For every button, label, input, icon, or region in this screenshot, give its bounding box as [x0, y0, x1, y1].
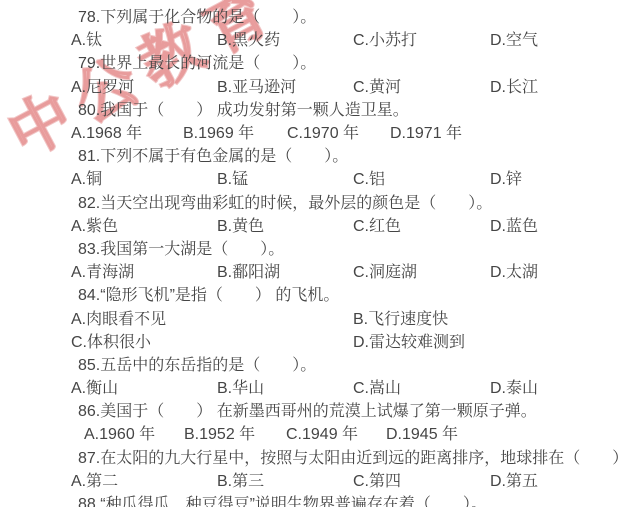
question-row: 81.下列不属于有色金属的是（ ）。 [0, 143, 619, 166]
option-label: D.雷达较难测到 [353, 329, 465, 352]
option-label: D.泰山 [490, 375, 538, 398]
options-row: A.铜B.锰C.铝D.锌 [0, 166, 619, 189]
option-label: B.亚马逊河 [217, 74, 353, 97]
question-stem: 86.美国于（ ） 在新墨西哥州的荒漠上试爆了第一颗原子弹。 [78, 398, 537, 421]
options-row: C.体积很小D.雷达较难测到 [0, 329, 619, 352]
question-list: 78.下列属于化合物的是（ ）。A.钛B.黑火药C.小苏打D.空气79.世界上最… [0, 4, 619, 507]
option-label: C.小苏打 [353, 27, 490, 50]
option-label: C.1970 年 [287, 120, 390, 143]
question-stem: 84.“隐形飞机”是指（ ） 的飞机。 [78, 282, 339, 305]
question-stem: 81.下列不属于有色金属的是（ ）。 [78, 143, 348, 166]
option-label: A.青海湖 [71, 259, 217, 282]
options-row: A.尼罗河B.亚马逊河C.黄河D.长江 [0, 74, 619, 97]
option-label: A.1968 年 [71, 120, 183, 143]
question-row: 88.“种瓜得瓜，种豆得豆”说明生物界普遍存在着（ ）。 [0, 491, 619, 507]
option-label: A.钛 [71, 27, 217, 50]
option-label: D.1971 年 [390, 120, 462, 143]
question-stem: 82.当天空出现弯曲彩虹的时候，最外层的颜色是（ ）。 [78, 190, 492, 213]
option-label: C.红色 [353, 213, 490, 236]
question-stem: 85.五岳中的东岳指的是（ ）。 [78, 352, 316, 375]
option-label: D.1945 年 [386, 421, 458, 444]
option-label: D.长江 [490, 74, 538, 97]
option-label: B.1952 年 [184, 421, 286, 444]
question-row: 83.我国第一大湖是（ ）。 [0, 236, 619, 259]
option-label: B.黄色 [217, 213, 353, 236]
question-row: 85.五岳中的东岳指的是（ ）。 [0, 352, 619, 375]
options-row: A.衡山B.华山C.嵩山D.泰山 [0, 375, 619, 398]
option-label: C.洞庭湖 [353, 259, 490, 282]
question-row: 86.美国于（ ） 在新墨西哥州的荒漠上试爆了第一颗原子弹。 [0, 398, 619, 421]
question-row: 80.我国于（ ） 成功发射第一颗人造卫星。 [0, 97, 619, 120]
options-row: A.钛B.黑火药C.小苏打D.空气 [0, 27, 619, 50]
option-label: C.铝 [353, 166, 490, 189]
options-row: A.第二B.第三C.第四D.第五 [0, 468, 619, 491]
question-stem: 79.世界上最长的河流是（ ）。 [78, 50, 316, 73]
question-row: 79.世界上最长的河流是（ ）。 [0, 50, 619, 73]
option-label: B.飞行速度快 [353, 306, 448, 329]
option-label: B.华山 [217, 375, 353, 398]
document-page: 中公教育 78.下列属于化合物的是（ ）。A.钛B.黑火药C.小苏打D.空气79… [0, 0, 619, 507]
option-label: B.黑火药 [217, 27, 353, 50]
options-row: A.肉眼看不见B.飞行速度快 [0, 305, 619, 328]
option-label: D.锌 [490, 166, 522, 189]
options-row: A.1968 年B.1969 年C.1970 年D.1971 年 [0, 120, 619, 143]
option-label: C.第四 [353, 468, 490, 491]
option-label: B.1969 年 [183, 120, 287, 143]
option-label: D.第五 [490, 468, 538, 491]
question-stem: 83.我国第一大湖是（ ）。 [78, 236, 284, 259]
options-row: A.紫色B.黄色C.红色D.蓝色 [0, 213, 619, 236]
option-label: A.衡山 [71, 375, 217, 398]
question-row: 78.下列属于化合物的是（ ）。 [0, 4, 619, 27]
options-row: A.1960 年B.1952 年C.1949 年D.1945 年 [0, 421, 619, 444]
question-stem: 88.“种瓜得瓜，种豆得豆”说明生物界普遍存在着（ ）。 [78, 491, 487, 507]
option-label: A.肉眼看不见 [71, 306, 353, 329]
option-label: A.1960 年 [84, 421, 184, 444]
option-label: C.体积很小 [71, 329, 353, 352]
option-label: D.蓝色 [490, 213, 538, 236]
option-label: C.嵩山 [353, 375, 490, 398]
option-label: C.黄河 [353, 74, 490, 97]
question-stem: 80.我国于（ ） 成功发射第一颗人造卫星。 [78, 97, 409, 120]
option-label: A.尼罗河 [71, 74, 217, 97]
option-label: A.第二 [71, 468, 217, 491]
option-label: A.铜 [71, 166, 217, 189]
question-stem: 87.在太阳的九大行星中，按照与太阳由近到远的距离排序，地球排在（ ）。 [78, 445, 619, 468]
question-row: 87.在太阳的九大行星中，按照与太阳由近到远的距离排序，地球排在（ ）。 [0, 445, 619, 468]
option-label: A.紫色 [71, 213, 217, 236]
option-label: D.空气 [490, 27, 538, 50]
question-row: 84.“隐形飞机”是指（ ） 的飞机。 [0, 282, 619, 305]
question-stem: 78.下列属于化合物的是（ ）。 [78, 4, 316, 27]
option-label: C.1949 年 [286, 421, 386, 444]
option-label: D.太湖 [490, 259, 538, 282]
options-row: A.青海湖B.鄱阳湖C.洞庭湖D.太湖 [0, 259, 619, 282]
question-row: 82.当天空出现弯曲彩虹的时候，最外层的颜色是（ ）。 [0, 190, 619, 213]
option-label: B.第三 [217, 468, 353, 491]
option-label: B.鄱阳湖 [217, 259, 353, 282]
option-label: B.锰 [217, 166, 353, 189]
